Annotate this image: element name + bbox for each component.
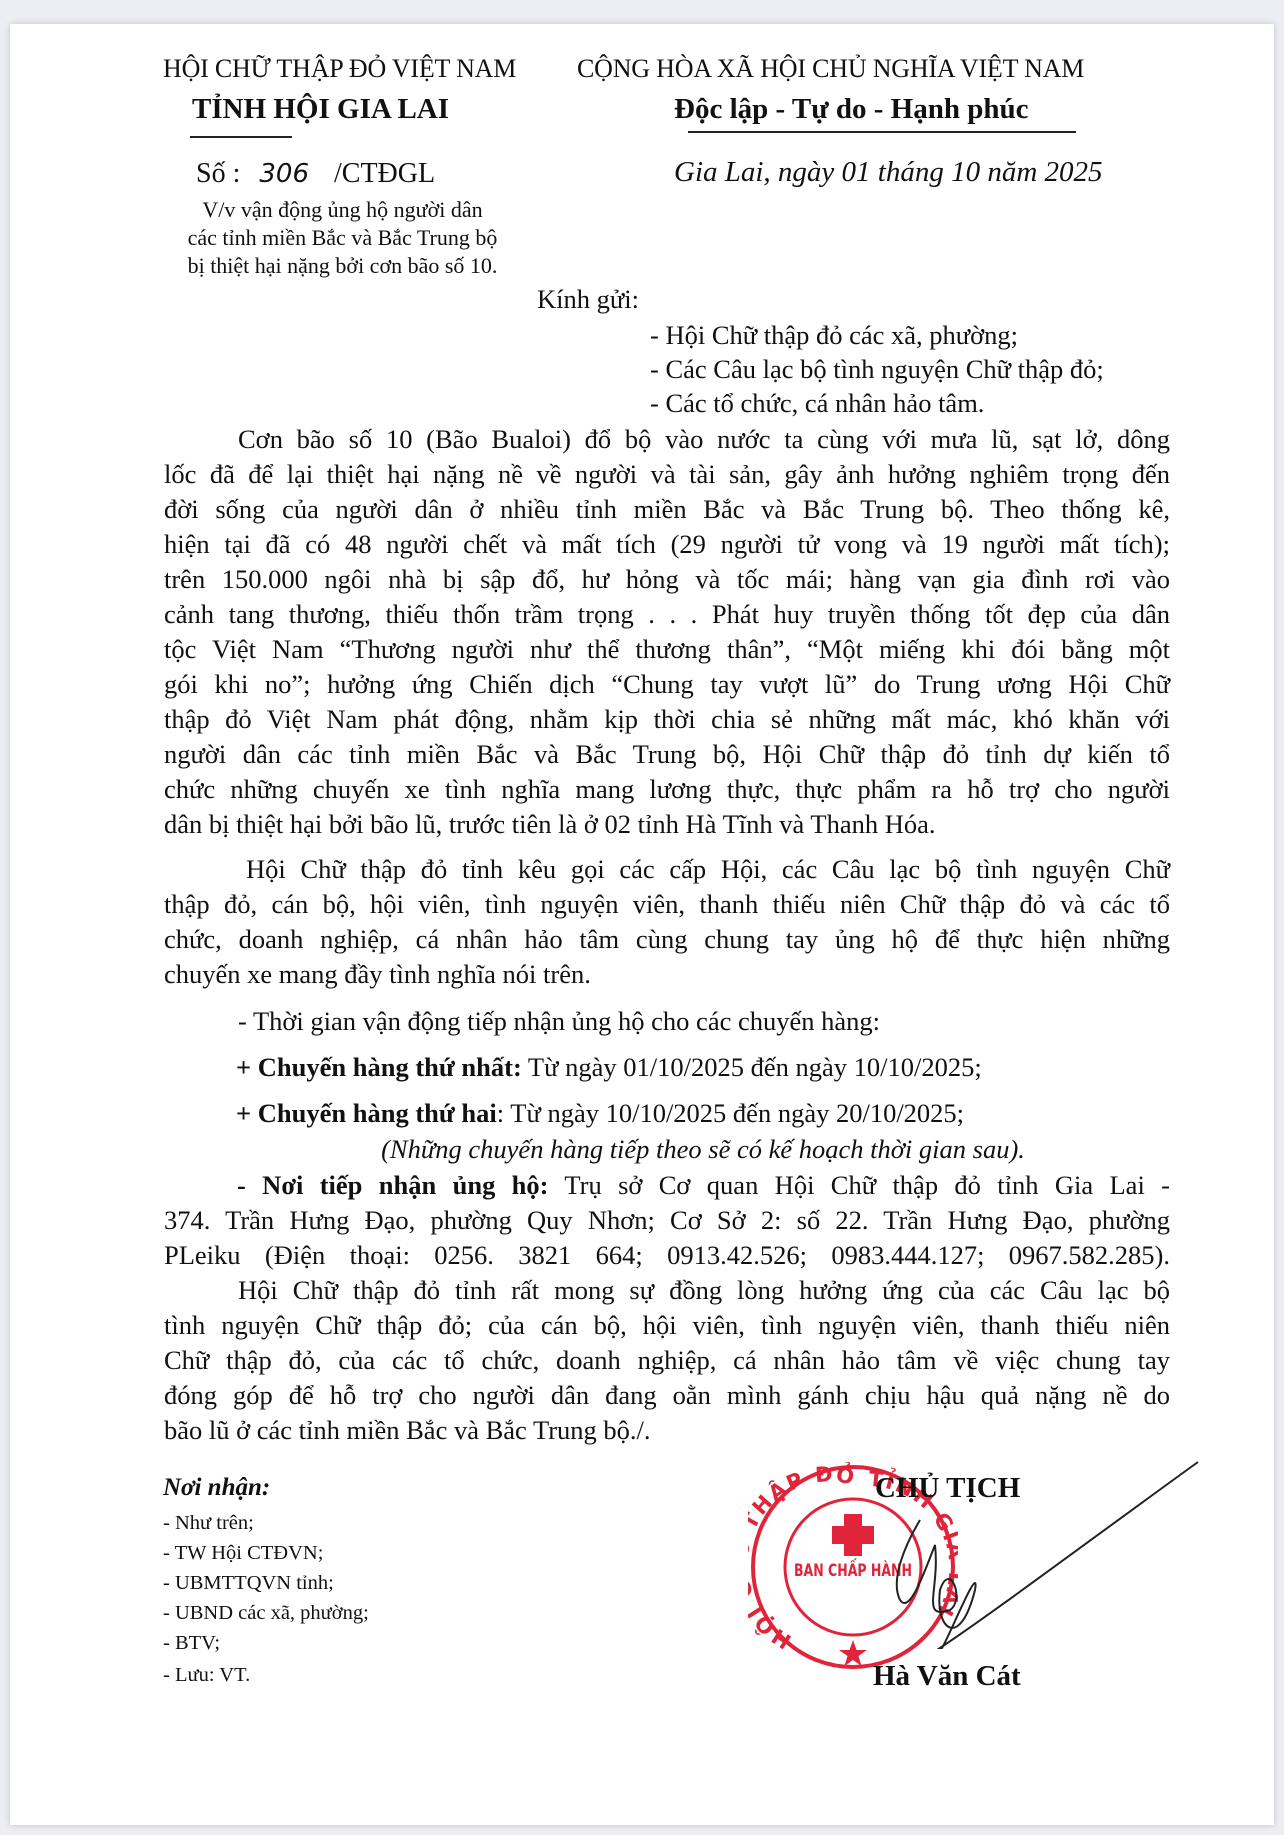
paragraph-appeal: Hội Chữ thập đỏ tỉnh kêu gọi các cấp Hội… <box>164 852 1170 992</box>
distribution-item: - UBMTTQVN tỉnh; <box>163 1572 334 1595</box>
para-line: gói khi no”; hưởng ứng Chiến dịch “Chung… <box>164 667 1170 702</box>
schedule-note: (Những chuyến hàng tiếp theo sẽ có kế ho… <box>236 1132 1170 1167</box>
schedule-trip-1: + Chuyến hàng thứ nhất: Từ ngày 01/10/20… <box>236 1050 982 1085</box>
doc-number-prefix: Số : <box>196 158 240 189</box>
distribution-item: - Như trên; <box>163 1512 254 1535</box>
para-line: trên 150.000 ngôi nhà bị sập đổ, hư hỏng… <box>164 562 1170 597</box>
subject-line: V/v vận động ủng hộ người dân <box>150 196 535 224</box>
signer-title: CHỦ TỊCH <box>875 1472 1020 1505</box>
recipient-item: - Hội Chữ thập đỏ các xã, phường; <box>650 320 1018 351</box>
para-line: chuyến xe mang đầy tình nghĩa nói trên. <box>164 957 1170 992</box>
trip-dates: Từ ngày 01/10/2025 đến ngày 10/10/2025; <box>522 1052 982 1082</box>
salutation: Kính gửi: <box>537 284 639 315</box>
para-line: dân bị thiệt hại bởi bão lũ, trước tiên … <box>164 807 1170 842</box>
para-line: Hội Chữ thập đỏ tỉnh kêu gọi các cấp Hội… <box>246 854 1170 884</box>
para-line: Hội Chữ thập đỏ tỉnh rất mong sự đồng lò… <box>238 1275 1170 1305</box>
org-underline <box>190 136 292 138</box>
para-line: đóng góp để hỗ trợ cho người dân đang oằ… <box>164 1378 1170 1413</box>
para-line: tộc Việt Nam “Thương người như thể thươn… <box>164 632 1170 667</box>
nation-title: CỘNG HÒA XÃ HỘI CHỦ NGHĨA VIỆT NAM <box>577 54 1084 84</box>
subject: V/v vận động ủng hộ người dân các tỉnh m… <box>150 196 535 280</box>
svg-text:HỘI CHỮ THẬP ĐỎ: HỘI CHỮ THẬP ĐỎ <box>748 1462 859 1653</box>
org-unit: TỈNH HỘI GIA LAI <box>192 93 449 126</box>
location-phones: PLeiku (Điện thoại: 0256. 3821 664; 0913… <box>164 1238 1170 1273</box>
date-line: Gia Lai, ngày 01 tháng 10 năm 2025 <box>674 156 1103 189</box>
para-line: chức, doanh nghiệp, cá nhân hảo tâm cùng… <box>164 922 1170 957</box>
doc-number-suffix: /CTĐGL <box>334 158 435 189</box>
para-line: thập đỏ Việt Nam phát động, nhằm kịp thờ… <box>164 702 1170 737</box>
signer-name: Hà Văn Cát <box>873 1660 1021 1693</box>
trip-label: + Chuyến hàng thứ hai <box>236 1098 497 1128</box>
location-text: Trụ sở Cơ quan Hội Chữ thập đỏ tỉnh Gia … <box>549 1170 1171 1200</box>
distribution-item: - TW Hội CTĐVN; <box>163 1542 323 1565</box>
schedule-intro: - Thời gian vận động tiếp nhận ủng hộ ch… <box>238 1004 880 1039</box>
doc-number-value: 306 <box>259 159 309 189</box>
para-line: lốc đã để lại thiệt hại nặng nề về người… <box>164 457 1170 492</box>
paragraph-storm-damage: Cơn bão số 10 (Bão Bualoi) đổ bộ vào nướ… <box>164 422 1170 842</box>
subject-line: bị thiệt hại nặng bởi cơn bão số 10. <box>150 252 535 280</box>
para-line: thập đỏ, cán bộ, hội viên, tình nguyện v… <box>164 887 1170 922</box>
recipient-item: - Các tổ chức, cá nhân hảo tâm. <box>650 388 984 419</box>
para-line: Cơn bão số 10 (Bão Bualoi) đổ bộ vào nướ… <box>238 424 1170 454</box>
distribution-title: Nơi nhận: <box>163 1474 270 1502</box>
star-icon <box>839 1640 867 1666</box>
location-label: - Nơi tiếp nhận ủng hộ: <box>237 1170 549 1200</box>
distribution-item: - Lưu: VT. <box>163 1664 250 1687</box>
motto-underline <box>688 131 1076 133</box>
national-motto: Độc lập - Tự do - Hạnh phúc <box>674 93 1029 126</box>
trip-dates: : Từ ngày 10/10/2025 đến ngày 20/10/2025… <box>497 1098 964 1128</box>
para-line: chức những chuyến xe tình nghĩa mang lươ… <box>164 772 1170 807</box>
distribution-item: - BTV; <box>163 1632 220 1655</box>
trip-label: + Chuyến hàng thứ nhất: <box>236 1052 522 1082</box>
red-cross-icon <box>832 1514 874 1556</box>
para-line: cảnh tang thương, thiếu thốn trầm trọng … <box>164 597 1170 632</box>
para-line: tình nguyện Chữ thập đỏ; của cán bộ, hội… <box>164 1308 1170 1343</box>
para-line: hiện tại đã có 48 người chết và mất tích… <box>164 527 1170 562</box>
para-line: người dân các tỉnh miền Bắc và Bắc Trung… <box>164 737 1170 772</box>
recipient-item: - Các Câu lạc bộ tình nguyện Chữ thập đỏ… <box>650 354 1104 385</box>
schedule-trip-2: + Chuyến hàng thứ hai: Từ ngày 10/10/202… <box>236 1096 964 1131</box>
para-line: Chữ thập đỏ, của các tổ chức, doanh nghi… <box>164 1343 1170 1378</box>
paragraph-closing: Hội Chữ thập đỏ tỉnh rất mong sự đồng lò… <box>164 1273 1170 1448</box>
org-parent: HỘI CHỮ THẬP ĐỎ VIỆT NAM <box>163 54 516 84</box>
para-line: đời sống của người dân ở nhiều tỉnh miền… <box>164 492 1170 527</box>
para-line: bão lũ ở các tỉnh miền Bắc và Bắc Trung … <box>164 1413 1170 1448</box>
stamp-ring-left: HỘI CHỮ THẬP ĐỎ <box>748 1462 859 1653</box>
doc-number: Số : 306 /CTĐGL <box>196 158 435 190</box>
subject-line: các tỉnh miền Bắc và Bắc Trung bộ <box>150 224 535 252</box>
location-address: 374. Trần Hưng Đạo, phường Quy Nhơn; Cơ … <box>164 1203 1170 1238</box>
collection-location: - Nơi tiếp nhận ủng hộ: Trụ sở Cơ quan H… <box>164 1168 1170 1273</box>
distribution-item: - UBND các xã, phường; <box>163 1602 369 1625</box>
